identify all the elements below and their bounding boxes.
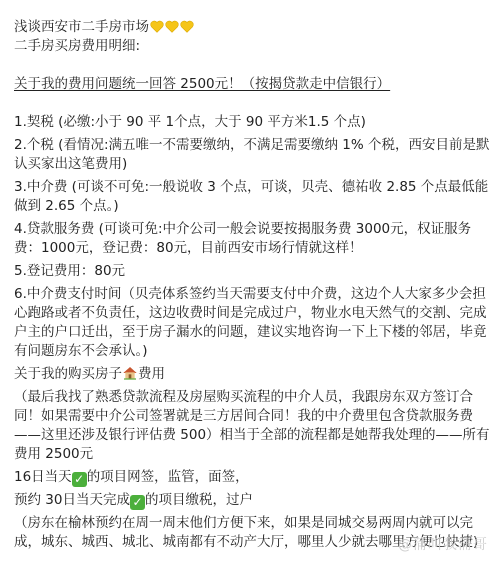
step-16th: 16日当天✓的项目网签，监管，面签，: [14, 468, 490, 487]
step-30th: 预约 30日当天完成✓的项目缴税，过户: [14, 491, 490, 510]
title-text: 浅谈西安市二手房市场: [14, 19, 149, 35]
spacer: [14, 94, 490, 113]
fee-item-personal-tax: 2.个税 (看情况:满五唯一不需要缴纳，不满足需要缴纳 1% 个税，西安目前是默…: [14, 136, 490, 174]
fee-item-loan-service: 4.贷款服务费 (可谈可免:中介公司一般会说要按揭服务费 3000元，权证服务费…: [14, 220, 490, 258]
house-icon: [122, 365, 138, 381]
step-16th-date: 16日当天: [14, 469, 72, 485]
step-16th-tasks: 的项目网签，监管，面签，: [87, 469, 249, 485]
yellow-heart-icon: [165, 20, 179, 33]
check-mark-icon: ✓: [72, 472, 87, 487]
spacer: [14, 56, 490, 75]
fee-item-deed-tax: 1.契税 (必缴:小于 90 平 1个点，大于 90 平方米1.5 个点): [14, 113, 490, 132]
purchase-heading-suffix: 费用: [138, 366, 165, 382]
document: 浅谈西安市二手房市场 二手房买房费用明细: 关于我的费用问题统一回答 2500元…: [14, 18, 490, 556]
purchase-heading-text: 关于我的购买房子: [14, 366, 122, 382]
purchase-heading: 关于我的购买房子费用: [14, 365, 490, 384]
fee-item-agency-fee: 3.中介费 (可谈不可免:一般说收 3 个点，可谈，贝壳、德祐收 2.85 个点…: [14, 178, 490, 216]
yellow-heart-icon: [180, 20, 194, 33]
yellow-heart-icon: [150, 20, 164, 33]
summary-line: 关于我的费用问题统一回答 2500元！（按揭贷款走中信银行）: [14, 75, 490, 94]
step-30th-date: 预约 30日当天完成: [14, 492, 130, 508]
doc-subtitle: 二手房买房费用明细:: [14, 37, 490, 56]
check-mark-icon: ✓: [130, 495, 145, 510]
step-30th-tasks: 的项目缴税，过户: [145, 492, 253, 508]
purchase-description: （最后我找了熟悉贷款流程及房屋购买流程的中介人员，我跟房东双方签订合同！如果需要…: [14, 388, 490, 464]
watermark: @蒲叫我蒲哥: [398, 534, 488, 554]
fee-item-registration: 5.登记费用：80元: [14, 262, 490, 281]
fee-item-payment-time: 6.中介费支付时间（贝壳体系签约当天需要支付中介费，这边个人大家多少会担心跑路或…: [14, 285, 490, 361]
doc-title: 浅谈西安市二手房市场: [14, 18, 490, 37]
